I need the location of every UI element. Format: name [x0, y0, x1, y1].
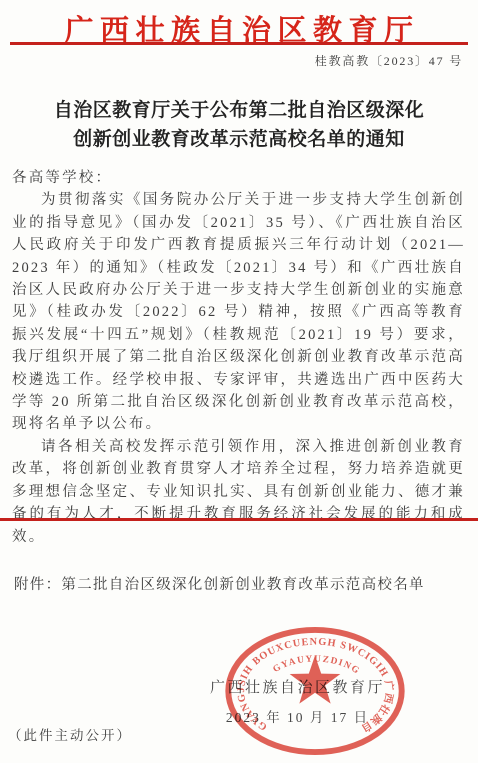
attachment-line: 附件：第二批自治区级深化创新创业教育改革示范高校名单 [14, 573, 425, 594]
doc-number: 桂教高教〔2023〕47 号 [315, 52, 463, 69]
footer-disclosure-note: （此件主动公开） [8, 724, 132, 744]
header-red-rule [10, 42, 468, 45]
signature-agency: 广西壮族自治区教育厅 [180, 676, 415, 697]
document-body: 各高等学校： 为贯彻落实《国务院办公厅关于进一步支持大学生创新创业的指导意见》（… [12, 167, 465, 548]
signature-block: 广西壮族自治区教育厅 2023 年 10 月 17 日 [180, 676, 415, 726]
footer-red-rule [0, 518, 478, 521]
document-page: 广西壮族自治区教育厅 桂教高教〔2023〕47 号 自治区教育厅关于公布第二批自… [0, 0, 478, 763]
salutation: 各高等学校： [12, 167, 465, 189]
body-paragraph-2: 请各相关高校发挥示范引领作用，深入推进创新创业教育改革，将创新创业教育贯穿人才培… [12, 436, 465, 548]
document-title: 自治区教育厅关于公布第二批自治区级深化 创新创业教育改革示范高校名单的通知 [0, 96, 478, 154]
signature-date: 2023 年 10 月 17 日 [180, 706, 415, 726]
svg-text:GYAUYUZDINGH: GYAUYUZDINGH [220, 626, 362, 677]
seal-inner-ring-text: GYAUYUZDINGH [220, 626, 362, 677]
document-title-line2: 创新创业教育改革示范高校名单的通知 [0, 125, 478, 154]
document-title-line1: 自治区教育厅关于公布第二批自治区级深化 [0, 96, 478, 125]
body-paragraph-1: 为贯彻落实《国务院办公厅关于进一步支持大学生创新创业的指导意见》（国办发〔202… [12, 189, 465, 435]
